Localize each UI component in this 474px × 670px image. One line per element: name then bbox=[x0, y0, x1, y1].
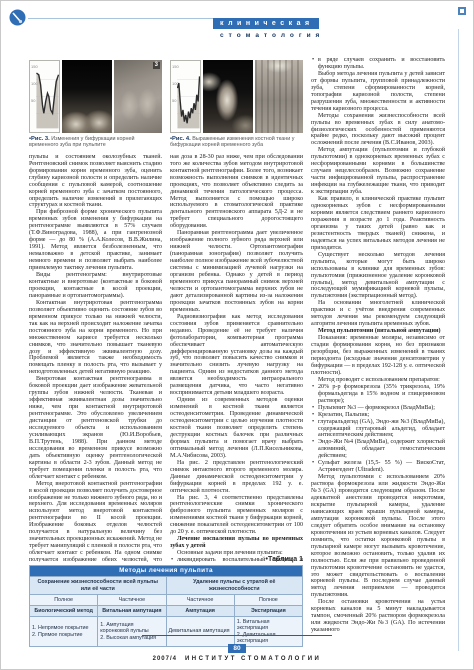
column-middle: 150 100 50 bbox=[170, 57, 303, 562]
journal-line: 2007/4ИНСТИТУТ СТОМАТОЛОГИИ bbox=[142, 656, 332, 662]
list-item: глутаральдегид (GA), Эндо-жи №3 (ВладМиВ… bbox=[311, 419, 445, 440]
journal-logo-icon bbox=[9, 9, 26, 26]
figure-3-panels: 150 100 50 bbox=[29, 60, 162, 133]
list-item: Эндо-Жи №4 (ВладМиВа), содержит хлористы… bbox=[311, 439, 445, 460]
table-sub-header: Частичное bbox=[166, 594, 234, 605]
right-margin-rule bbox=[458, 29, 459, 651]
paragraph: Выбор метода лечения пульпита у детей за… bbox=[311, 71, 445, 113]
journal-page: клиническая стоматология 150 100 50 bbox=[0, 0, 474, 670]
paragraph: Существует несколько методов лечения пул… bbox=[311, 252, 445, 301]
paragraph: Метод внеротовой контактной рентгенограф… bbox=[29, 481, 162, 562]
column-right: в ряде случаев сохранить и восстановить … bbox=[311, 57, 445, 647]
paragraph: Метод проводят с использованием препарат… bbox=[311, 377, 445, 384]
figure-4: 150 100 50 bbox=[170, 60, 303, 149]
footer-rule: 80 2007/4ИНСТИТУТ СТОМАТОЛОГИИ bbox=[142, 635, 332, 662]
paragraph: Показания: временные моляры, независимо … bbox=[311, 335, 445, 377]
paragraph: Метод пульпотомии с использованием 20% р… bbox=[311, 474, 445, 599]
journal-name: ИНСТИТУТ СТОМАТОЛОГИИ bbox=[185, 656, 321, 662]
paragraph: На рис. 3, 4 соответственно представлены… bbox=[170, 495, 303, 537]
section-heading: Метод пульпотомии (витальной ампутации) bbox=[311, 328, 445, 335]
section-header: клиническая стоматология bbox=[213, 12, 324, 39]
section-title-line1: клиническая bbox=[213, 18, 319, 29]
table-title: Методы лечения пульпита bbox=[30, 566, 303, 577]
figure-4-caption: •Рис. 4. Выраженные изменения костной тк… bbox=[170, 136, 303, 149]
column-left: 150 100 50 bbox=[29, 57, 162, 562]
figure-3: 150 100 50 bbox=[29, 60, 162, 149]
table-sub-header: Полное bbox=[30, 594, 98, 605]
table-method-cell: Ампутация bbox=[166, 605, 234, 616]
list-item: Сульфат железа (15,5- 55 %) — ВискоСтат,… bbox=[311, 460, 445, 474]
paragraph: При фиброзной форме хронического пульпит… bbox=[29, 209, 162, 272]
table-group-header: Удаление пульпы с утратой её жизнеспособ… bbox=[166, 577, 303, 594]
text-columns: 150 100 50 bbox=[29, 57, 303, 562]
radiograph-image bbox=[62, 60, 112, 133]
table-method-cell: Биологический метод bbox=[30, 605, 98, 616]
paragraph: На основании многолетней клинической пра… bbox=[311, 300, 445, 328]
issue-number: 2007/4 bbox=[153, 656, 177, 662]
densitometry-graph-4: 150 100 50 bbox=[170, 60, 201, 133]
header-rule bbox=[28, 18, 213, 19]
figure-3-caption: •Рис. 3. Изменения у бифуркации корней в… bbox=[29, 136, 162, 149]
section-heading: Лечение воспаления пульпы во временных з… bbox=[170, 536, 303, 550]
paragraph: Панорамная рентгенограмма дает увеличенн… bbox=[170, 230, 303, 313]
paragraph: ная доза в 28-30 раз ниже, чем при обсле… bbox=[170, 154, 303, 230]
paragraph: Метод ампутации (пульпотомии и глубокой … bbox=[311, 147, 445, 196]
paragraph: После остановки кровотечения на устья ко… bbox=[311, 599, 445, 634]
table-method-cell: Экстирпация bbox=[234, 605, 302, 616]
paragraph: Как правило, в клинической практике пуль… bbox=[311, 196, 445, 252]
table-block: •Таблица 1 Методы лечения пульпита Сохра… bbox=[29, 556, 303, 647]
table-group-header: Сохранение жизнеспособности всей пульпы … bbox=[30, 577, 167, 594]
paragraph: Радиовизиография как метод исследования … bbox=[170, 314, 303, 397]
list-item: в ряде случаев сохранить и восстановить … bbox=[311, 57, 445, 71]
table-label: •Таблица 1 bbox=[29, 556, 303, 563]
page-number: 80 bbox=[228, 644, 245, 653]
paragraph: Методы сохранения жизнеспособности всей … bbox=[311, 113, 445, 148]
list-item: Пульпевит №3 — формокрезол (ВладМиВа); bbox=[311, 405, 445, 412]
table-sub-header: Полное bbox=[234, 594, 302, 605]
paragraph: На рис. 2 представлен рентгенологический… bbox=[170, 460, 303, 495]
paragraph: пульпы и состоянием околозубных тканей. … bbox=[29, 154, 162, 210]
paragraph: Виды рентгенограмм: внутриротовые контак… bbox=[29, 272, 162, 300]
radiograph-relief-image bbox=[255, 60, 303, 133]
table-sub-header: Частичное bbox=[98, 594, 166, 605]
list-item: Крезатин, Пальпик; bbox=[311, 412, 445, 419]
table-method-cell: Витальная ампутация bbox=[98, 605, 166, 616]
article-body: 150 100 50 bbox=[29, 57, 445, 647]
panel-number-badge: 3 bbox=[153, 62, 160, 69]
paragraph: Одним из современных методов оценки изме… bbox=[170, 397, 303, 460]
left-block: 150 100 50 bbox=[29, 57, 303, 647]
page-footer: 80 2007/4ИНСТИТУТ СТОМАТОЛОГИИ bbox=[1, 635, 473, 665]
paragraph: Контактная внутриротовая рентгенограмма … bbox=[29, 300, 162, 376]
figure-4-panels: 150 100 50 bbox=[170, 60, 303, 133]
figure-label: •Рис. 3. bbox=[29, 136, 50, 142]
corner-marker-icon bbox=[458, 7, 466, 15]
radiograph-relief-image: 3 bbox=[114, 60, 162, 133]
paragraph: Внеротовая контактная рентгенограмма в б… bbox=[29, 376, 162, 480]
densitometry-graph-3: 150 100 50 bbox=[29, 60, 60, 133]
section-title-line2: стоматология bbox=[213, 32, 324, 39]
list-item: 20% р-р формокрезола (35% трикрезола, 19… bbox=[311, 384, 445, 405]
radiograph-image bbox=[203, 60, 253, 133]
